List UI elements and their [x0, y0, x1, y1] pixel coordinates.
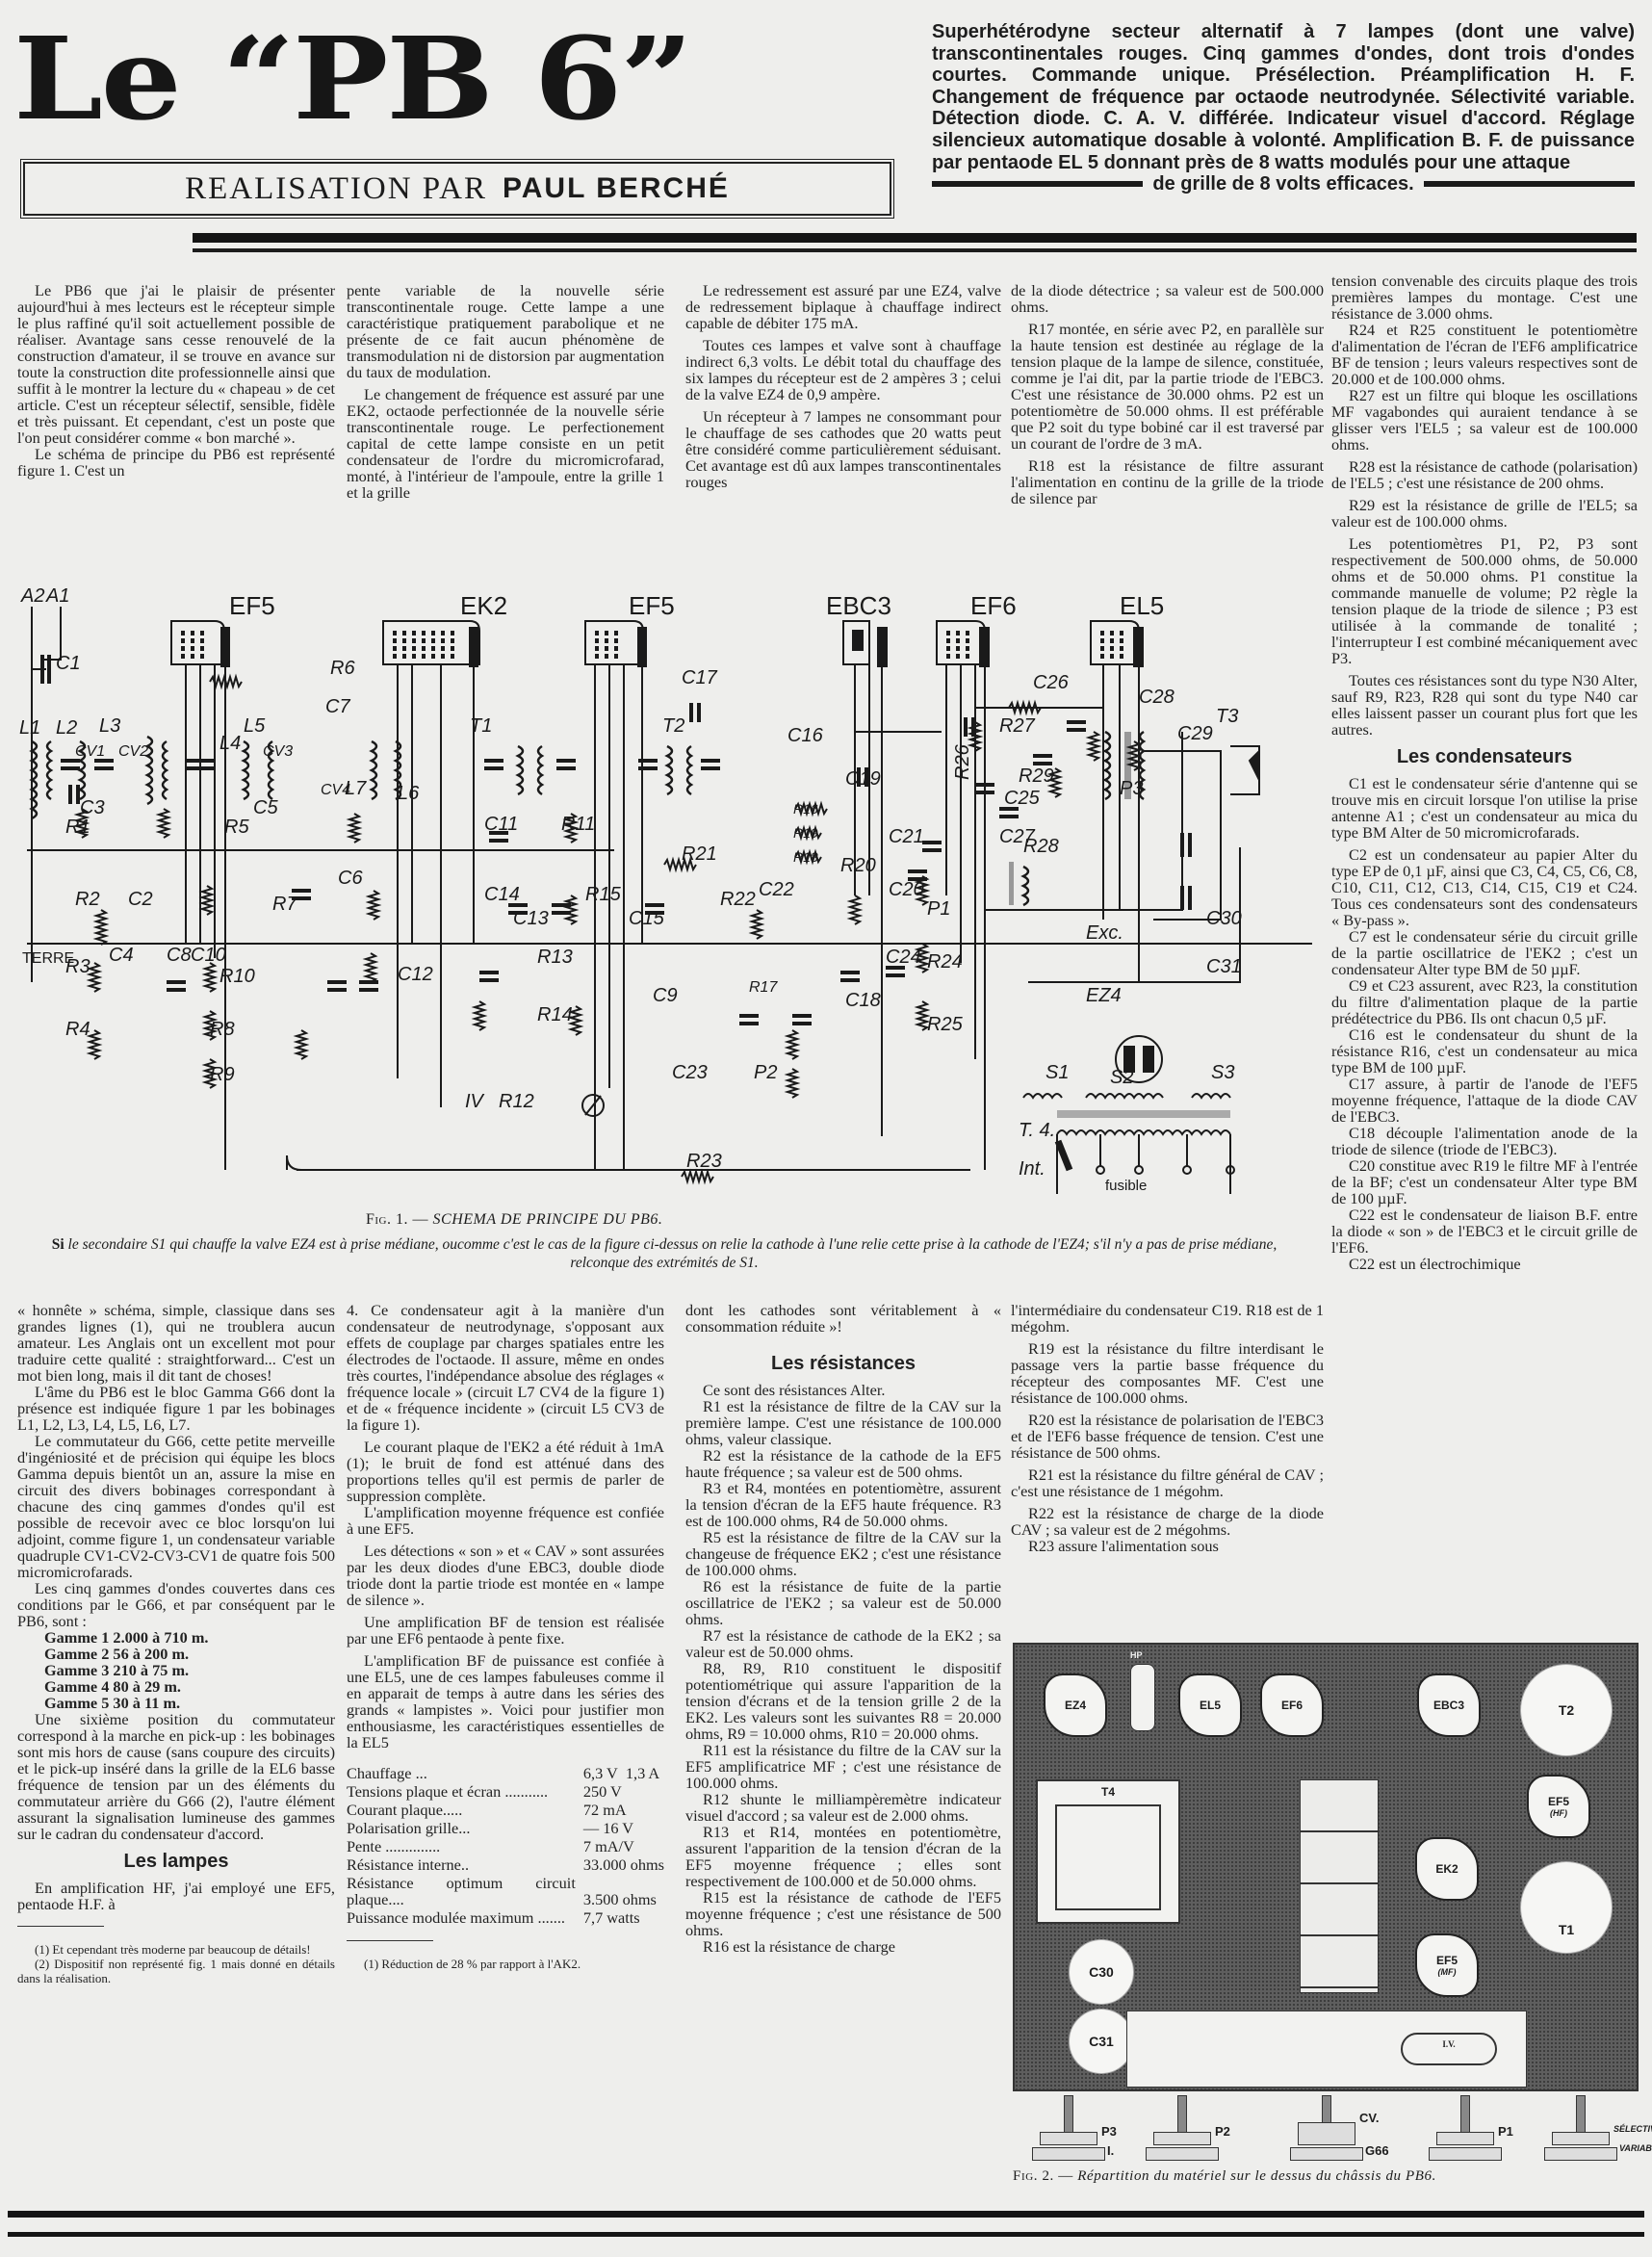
byline-prefix: REALISATION PAR [185, 171, 487, 207]
svg-text:C20: C20 [889, 879, 924, 900]
svg-text:L3: L3 [99, 715, 120, 737]
svg-text:R25: R25 [927, 1014, 964, 1035]
svg-text:R15: R15 [585, 884, 622, 905]
svg-text:C26: C26 [1033, 672, 1070, 693]
paragraph: 4. Ce condensateur agit à la manière d'u… [347, 1302, 664, 1433]
lower-column-4: l'intermédiaire du condensateur C19. R18… [1011, 1302, 1324, 1554]
figure-2-caption-text: Répartition du matériel sur le dessus du… [1077, 2168, 1436, 2184]
svg-text:T. 4.: T. 4. [1019, 1120, 1055, 1141]
svg-text:C6: C6 [338, 868, 363, 889]
paragraph: Le PB6 que j'ai le plaisir de présenter … [17, 282, 335, 446]
svg-text:R5: R5 [224, 817, 249, 838]
paragraph: de la diode détectrice ; sa valeur est d… [1011, 282, 1324, 315]
svg-text:L6: L6 [398, 783, 420, 804]
spec-value: 250 V [576, 1782, 664, 1801]
svg-text:C19: C19 [845, 768, 881, 790]
paragraph: Les détections « son » et « CAV » sont a… [347, 1543, 664, 1608]
svg-text:P1: P1 [927, 898, 950, 920]
paragraph: R27 est un filtre qui bloque les oscilla… [1331, 387, 1638, 453]
svg-text:S1: S1 [1045, 1062, 1069, 1083]
svg-text:C13: C13 [513, 908, 549, 929]
paragraph: C22 est un électrochimique [1331, 1256, 1638, 1272]
paragraph: R15 est la résistance de cathode de l'EF… [685, 1889, 1001, 1938]
summary-rule-right [1424, 181, 1635, 187]
footnotes: (1) Et cependant très moderne par beauco… [17, 1938, 335, 1985]
svg-text:C17: C17 [682, 667, 718, 688]
svg-text:C2: C2 [128, 889, 153, 910]
socket-ek2: EK2 [1415, 1837, 1479, 1901]
lower-column-3: dont les cathodes sont véritablement à «… [685, 1302, 1001, 1955]
tuning-indicator: I.V. [1401, 2033, 1497, 2065]
spec-value: 7,7 watts [576, 1908, 664, 1927]
svg-text:R11: R11 [561, 814, 595, 835]
section-heading-condensateurs: Les condensateurs [1331, 749, 1638, 765]
paragraph: Le courant plaque de l'EK2 a été réduit … [347, 1439, 664, 1504]
paragraph: Une sixième position du commutateur corr… [17, 1711, 335, 1842]
paragraph: Les cinq gammes d'ondes couvertes dans c… [17, 1580, 335, 1629]
footnote-rule [17, 1926, 104, 1927]
section-heading-resistances: Les résistances [685, 1356, 1001, 1372]
svg-text:C18: C18 [845, 990, 881, 1011]
svg-text:L5: L5 [244, 715, 266, 737]
figure-1-schematic: A2A1 C1 L1L2L3L4L5 CV1CV2CV3CV4 L7L6 C3R… [17, 578, 1312, 1194]
spec-label: Polarisation grille... [347, 1819, 576, 1837]
paragraph: pente variable de la nouvelle série tran… [347, 282, 664, 380]
svg-text:C7: C7 [325, 696, 350, 717]
figure-2-caption-prefix: Fig. 2. — [1013, 2168, 1073, 2184]
svg-text:L7: L7 [345, 778, 367, 799]
paragraph: R18 est la résistance de filtre assurant… [1011, 457, 1324, 506]
paragraph: Une amplification BF de tension est réal… [347, 1614, 664, 1647]
transformer-t4: T4 [1036, 1779, 1180, 1924]
svg-text:C14: C14 [484, 884, 520, 905]
spec-value: 6,3 V 1,3 A [576, 1764, 664, 1782]
svg-text:P2: P2 [754, 1062, 777, 1083]
spec-row: Puissance modulée maximum .......7,7 wat… [347, 1908, 664, 1927]
byline-author: PAUL BERCHÉ [503, 172, 730, 205]
svg-text:C16: C16 [787, 725, 824, 746]
spec-value: 3.500 ohms [576, 1874, 664, 1908]
paragraph: R6 est la résistance de fuite de la part… [685, 1578, 1001, 1627]
wave-band-item: Gamme 4 80 à 29 m. [44, 1678, 335, 1695]
svg-text:C3: C3 [80, 797, 105, 818]
transformer-t2: T2 [1520, 1664, 1613, 1756]
svg-text:EK2: EK2 [460, 591, 507, 620]
spec-value: 33.000 ohms [576, 1855, 664, 1874]
spec-row: Chauffage ...6,3 V 1,3 A [347, 1764, 664, 1782]
svg-text:C15: C15 [629, 908, 665, 929]
footnote: (2) Dispositif non représenté fig. 1 mai… [17, 1957, 335, 1985]
wave-band-item: Gamme 5 30 à 11 m. [44, 1695, 335, 1711]
figure-2-caption: Fig. 2. — Répartition du matériel sur le… [1013, 2168, 1639, 2185]
paragraph: Un récepteur à 7 lampes ne consommant po… [685, 408, 1001, 490]
svg-text:IV: IV [465, 1091, 485, 1112]
spec-label: Résistance optimum circuit plaque.... [347, 1874, 576, 1908]
upper-column-1: Le PB6 que j'ai le plaisir de présenter … [17, 282, 335, 479]
svg-text:R17: R17 [749, 979, 778, 996]
spec-label: Chauffage ... [347, 1764, 576, 1782]
paragraph: L'amplification moyenne fréquence est co… [347, 1504, 664, 1537]
paragraph: R23 assure l'alimentation sous [1011, 1538, 1324, 1554]
svg-text:R29: R29 [1019, 765, 1054, 787]
paragraph: R7 est la résistance de cathode de la EK… [685, 1627, 1001, 1660]
variable-capacitor-block: I.V. [1126, 2011, 1527, 2088]
article-title: Le “PB 6” [13, 21, 691, 137]
svg-text:P3: P3 [1120, 778, 1143, 799]
byline-box: REALISATION PAR PAUL BERCHÉ [23, 162, 891, 216]
footnote: (1) Réduction de 28 % par rapport à l'AK… [347, 1953, 664, 1971]
socket-ebc3: EBC3 [1417, 1673, 1481, 1737]
header-thin-rule [193, 248, 1637, 252]
socket-el5: EL5 [1178, 1673, 1242, 1737]
svg-text:R21: R21 [682, 843, 717, 865]
spec-row: Tensions plaque et écran ...........250 … [347, 1782, 664, 1801]
footer-thick-rule [8, 2211, 1644, 2218]
paragraph: R5 est la résistance de filtre de la CAV… [685, 1529, 1001, 1578]
paragraph: R12 shunte le milliampèremètre indicateu… [685, 1791, 1001, 1824]
svg-text:R7: R7 [272, 894, 297, 915]
paragraph: Toutes ces lampes et valve sont à chauff… [685, 337, 1001, 402]
svg-text:C25: C25 [1004, 788, 1041, 809]
svg-text:Exc.: Exc. [1086, 922, 1123, 944]
paragraph: R29 est la résistance de grille de l'EL5… [1331, 497, 1638, 530]
tube-ef6 [937, 621, 989, 1170]
paragraph: R11 est la résistance du filtre de la CA… [685, 1742, 1001, 1791]
svg-text:C12: C12 [398, 964, 433, 985]
svg-text:R27: R27 [999, 715, 1036, 737]
svg-text:C29: C29 [1177, 723, 1213, 744]
paragraph: R2 est la résistance de la cathode de la… [685, 1447, 1001, 1480]
spec-label: Puissance modulée maximum ....... [347, 1908, 576, 1927]
paragraph: Le changement de fréquence est assuré pa… [347, 386, 664, 501]
spec-row: Résistance interne..33.000 ohms [347, 1855, 664, 1874]
spec-row: Courant plaque.....72 mA [347, 1801, 664, 1819]
footer-thin-rule [8, 2232, 1644, 2237]
lower-column-1: « honnête » schéma, simple, classique da… [17, 1302, 335, 1985]
svg-text:EZ4: EZ4 [1086, 985, 1122, 1006]
svg-text:R10: R10 [219, 966, 255, 987]
svg-text:R1: R1 [65, 817, 90, 838]
svg-text:C10: C10 [191, 945, 226, 966]
figure-1-note-lead: Si [52, 1236, 65, 1253]
spec-label: Tensions plaque et écran ........... [347, 1782, 576, 1801]
svg-text:R12: R12 [499, 1091, 534, 1112]
svg-text:EF5: EF5 [629, 591, 675, 620]
svg-text:R22: R22 [720, 889, 756, 910]
paragraph: C9 et C23 assurent, avec R23, la constit… [1331, 977, 1638, 1026]
paragraph: Toutes ces résistances sont du type N30 … [1331, 672, 1638, 738]
paragraph: C7 est le condensateur série du circuit … [1331, 928, 1638, 977]
svg-text:C5: C5 [253, 797, 278, 818]
upper-column-2: pente variable de la nouvelle série tran… [347, 282, 664, 501]
svg-text:R9: R9 [210, 1064, 235, 1085]
paragraph: C1 est le condensateur série d'antenne q… [1331, 775, 1638, 841]
paragraph: Les potentiomètres P1, P2, P3 sont respe… [1331, 535, 1638, 666]
paragraph: C16 est le condensateur du shunt de la r… [1331, 1026, 1638, 1076]
paragraph: l'intermédiaire du condensateur C19. R18… [1011, 1302, 1324, 1335]
svg-text:A1: A1 [45, 585, 69, 607]
svg-text:C22: C22 [759, 879, 794, 900]
summary-last-line: de grille de 8 volts efficaces. [932, 173, 1635, 195]
socket-ef6: EF6 [1260, 1673, 1324, 1737]
paragraph: Le commutateur du G66, cette petite merv… [17, 1433, 335, 1580]
svg-text:R3: R3 [65, 956, 90, 977]
knob-p1: P1 [1436, 2095, 1494, 2163]
svg-text:C30: C30 [1206, 908, 1242, 929]
right-column: tension convenable des circuits plaque d… [1331, 272, 1638, 1272]
article-summary: Superhétérodyne secteur alternatif à 7 l… [932, 21, 1635, 195]
svg-text:C1: C1 [56, 653, 81, 674]
wave-bands-list: Gamme 1 2.000 à 710 m. Gamme 2 56 à 200 … [17, 1629, 335, 1711]
svg-text:R16: R16 [793, 801, 818, 817]
svg-text:CV1: CV1 [75, 743, 105, 760]
lower-column-2: 4. Ce condensateur agit à la manière d'u… [347, 1302, 664, 1971]
svg-text:C28: C28 [1139, 687, 1174, 708]
paragraph: R19 est la résistance du filtre interdis… [1011, 1340, 1324, 1406]
paragraph: dont les cathodes sont véritablement à «… [685, 1302, 1001, 1335]
figure-1-note-text: le secondaire S1 qui chauffe la valve EZ… [68, 1236, 1278, 1271]
svg-text:C11: C11 [484, 814, 518, 835]
svg-text:CV2: CV2 [118, 743, 148, 760]
knob-cv-g66: CV.G66 [1298, 2095, 1355, 2163]
svg-text:fusible: fusible [1105, 1178, 1147, 1194]
paragraph: Le schéma de principe du PB6 est représe… [17, 446, 335, 479]
socket-ef5-mf: EF5(MF) [1415, 1933, 1479, 1997]
header-thick-rule [193, 233, 1637, 243]
figure-1-caption-text: SCHEMA DE PRINCIPE DU PB6. [433, 1211, 663, 1228]
svg-text:R2: R2 [75, 889, 100, 910]
svg-text:C23: C23 [672, 1062, 708, 1083]
section-heading-lampes: Les lampes [17, 1854, 335, 1870]
svg-text:L1: L1 [19, 717, 40, 739]
svg-text:R8: R8 [210, 1019, 235, 1040]
svg-text:R24: R24 [927, 951, 963, 973]
knob-p3: P3I. [1040, 2095, 1097, 2163]
paragraph: R24 et R25 constituent le potentiomètre … [1331, 322, 1638, 387]
summary-text: Superhétérodyne secteur alternatif à 7 l… [932, 21, 1635, 173]
svg-text:R4: R4 [65, 1019, 90, 1040]
spec-label: Pente .............. [347, 1837, 576, 1855]
svg-text:T1: T1 [470, 715, 492, 737]
tube-ef5-hf [171, 621, 229, 1170]
svg-text:EL5: EL5 [1120, 591, 1164, 620]
paragraph: En amplification HF, j'ai employé une EF… [17, 1880, 335, 1912]
paragraph: C22 est le condensateur de liaison B.F. … [1331, 1206, 1638, 1256]
paragraph: L'amplification BF de puissance est conf… [347, 1652, 664, 1751]
paragraph: R28 est la résistance de cathode (polari… [1331, 458, 1638, 491]
figure-1-note: Si le secondaire S1 qui chauffe la valve… [39, 1235, 1290, 1272]
paragraph: C18 découple l'alimentation anode de la … [1331, 1125, 1638, 1157]
svg-text:R19: R19 [793, 825, 818, 841]
svg-text:R23: R23 [686, 1151, 722, 1172]
svg-text:C21: C21 [889, 826, 924, 847]
svg-text:R6: R6 [330, 658, 355, 679]
paragraph: R22 est la résistance de charge de la di… [1011, 1505, 1324, 1538]
svg-text:R28: R28 [1023, 836, 1059, 857]
paragraph: Ce sont des résistances Alter. [685, 1382, 1001, 1398]
svg-text:EF6: EF6 [970, 591, 1017, 620]
tube-ek2 [383, 621, 479, 1107]
paragraph: R17 montée, en série avec P2, en parallè… [1011, 321, 1324, 452]
hp-connector [1130, 1664, 1155, 1731]
svg-text:C24: C24 [886, 947, 921, 968]
paragraph: R13 et R14, montées en potentiomètre, as… [685, 1824, 1001, 1889]
footnote: (1) Et cependant très moderne par beauco… [17, 1942, 335, 1957]
el5-specs-table: Chauffage ...6,3 V 1,3 A Tensions plaque… [347, 1764, 664, 1927]
capacitor-c30: C30 [1069, 1939, 1134, 2005]
hp-label: HP [1130, 1650, 1143, 1660]
svg-text:EBC3: EBC3 [826, 591, 891, 620]
svg-text:A2: A2 [20, 585, 44, 607]
spec-row: Pente ..............7 mA/V [347, 1837, 664, 1855]
wave-band-item: Gamme 3 210 à 75 m. [44, 1662, 335, 1678]
tube-ebc3 [843, 621, 887, 1136]
paragraph: R16 est la résistance de charge [685, 1938, 1001, 1955]
front-controls: P3I. P2 CV.G66 P1 SÉLECTIVITÉVARIABLE [1013, 2095, 1639, 2163]
spec-value: — 16 V [576, 1819, 664, 1837]
spec-row: Polarisation grille...— 16 V [347, 1819, 664, 1837]
capacitor-c31: C31 [1069, 2009, 1134, 2074]
svg-text:S2: S2 [1110, 1067, 1133, 1088]
figure-1-caption-prefix: Fig. 1. — [366, 1211, 428, 1228]
paragraph: C2 est un condensateur au papier Alter d… [1331, 846, 1638, 928]
svg-text:R18: R18 [793, 849, 818, 865]
figure-2-chassis: EZ4 HP EL5 EF6 EBC3 T2 EF5(HF) T1 T4 EK2… [1013, 1643, 1639, 2091]
knob-selectivity: SÉLECTIVITÉVARIABLE [1552, 2095, 1610, 2163]
svg-text:C8: C8 [167, 945, 192, 966]
transformer-t1: T1 [1520, 1861, 1613, 1954]
svg-text:EF5: EF5 [229, 591, 275, 620]
wave-band-item: Gamme 1 2.000 à 710 m. [44, 1629, 335, 1646]
svg-text:C31: C31 [1206, 956, 1242, 977]
spec-row: Résistance optimum circuit plaque....3.5… [347, 1874, 664, 1908]
paragraph: L'âme du PB6 est le bloc Gamma G66 dont … [17, 1384, 335, 1433]
paragraph: R1 est la résistance de filtre de la CAV… [685, 1398, 1001, 1447]
socket-ef5-hf: EF5(HF) [1527, 1775, 1590, 1838]
svg-text:T2: T2 [662, 715, 684, 737]
svg-text:T3: T3 [1216, 706, 1238, 727]
paragraph: R3 et R4, montées en potentiomètre, assu… [685, 1480, 1001, 1529]
svg-text:C4: C4 [109, 945, 134, 966]
paragraph: R8, R9, R10 constituent le dispositif po… [685, 1660, 1001, 1742]
spec-value: 72 mA [576, 1801, 664, 1819]
svg-text:R20: R20 [840, 855, 876, 876]
figure-1-caption: Fig. 1. — SCHEMA DE PRINCIPE DU PB6. [366, 1211, 662, 1229]
spec-label: Courant plaque..... [347, 1801, 576, 1819]
paragraph: Le redressement est assuré par une EZ4, … [685, 282, 1001, 331]
paragraph: « honnête » schéma, simple, classique da… [17, 1302, 335, 1384]
summary-rule-left [932, 181, 1143, 187]
spec-label: Résistance interne.. [347, 1855, 576, 1874]
wave-band-item: Gamme 2 56 à 200 m. [44, 1646, 335, 1662]
upper-column-4: de la diode détectrice ; sa valeur est d… [1011, 282, 1324, 506]
paragraph: R21 est la résistance du filtre général … [1011, 1466, 1324, 1499]
paragraph: R20 est la résistance de polarisation de… [1011, 1412, 1324, 1461]
footnote-rule [347, 1940, 433, 1941]
svg-text:L2: L2 [56, 717, 77, 739]
paragraph: C17 assure, à partir de l'anode de l'EF5… [1331, 1076, 1638, 1125]
svg-text:CV3: CV3 [263, 743, 293, 760]
spec-value: 7 mA/V [576, 1837, 664, 1855]
upper-column-3: Le redressement est assuré par une EZ4, … [685, 282, 1001, 490]
terminal-strip [1300, 1779, 1379, 1993]
socket-ez4: EZ4 [1044, 1673, 1107, 1737]
svg-text:R13: R13 [537, 947, 573, 968]
paragraph: tension convenable des circuits plaque d… [1331, 272, 1638, 322]
svg-text:C9: C9 [653, 985, 678, 1006]
knob-p2: P2 [1153, 2095, 1211, 2163]
summary-last-text: de grille de 8 volts efficaces. [1152, 173, 1413, 195]
svg-text:S3: S3 [1211, 1062, 1234, 1083]
svg-text:Int.: Int. [1019, 1158, 1045, 1180]
svg-text:L4: L4 [219, 733, 241, 754]
svg-text:R26: R26 [952, 743, 973, 780]
paragraph: C20 constitue avec R19 le filtre MF à l'… [1331, 1157, 1638, 1206]
svg-text:R14: R14 [537, 1004, 573, 1025]
